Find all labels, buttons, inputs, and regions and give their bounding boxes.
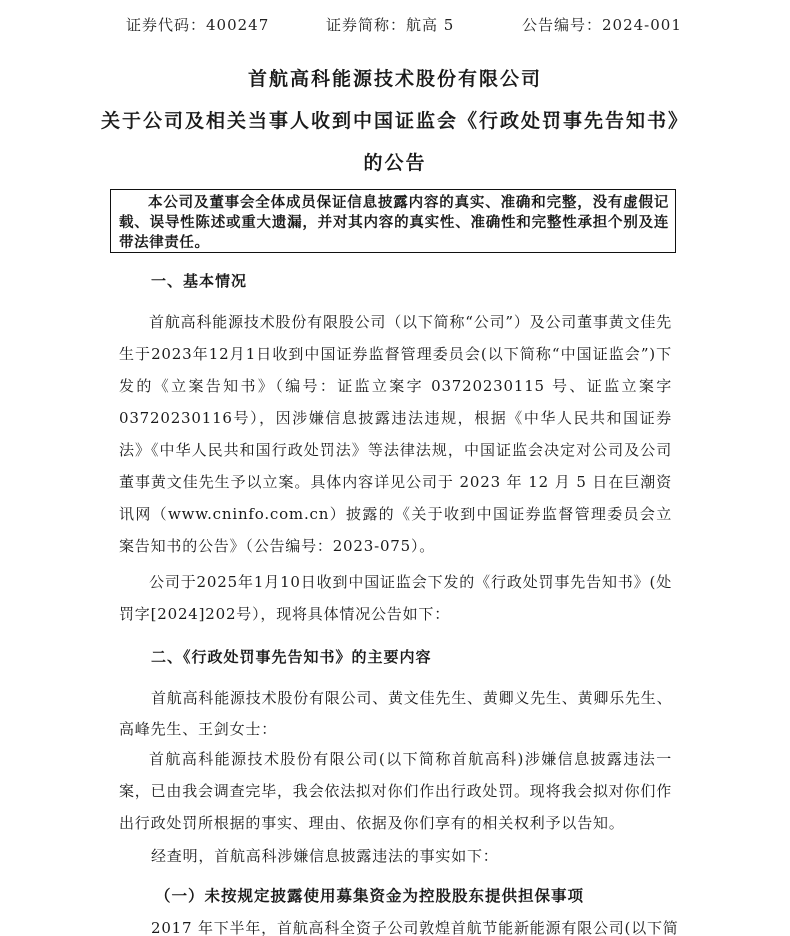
section-2-paragraph-1: 首航高科能源技术股份有限公司(以下简称首航高科)涉嫌信息披露违法一案，已由我会调…	[119, 743, 672, 839]
facts-intro-line: 经查明，首航高科涉嫌信息披露违法的事实如下：	[151, 845, 704, 866]
investigation-paragraph: 首航高科能源技术股份有限公司(以下简称首航高科)涉嫌信息披露违法一案，已由我会调…	[119, 743, 672, 839]
company-name-title: 首航高科能源技术股份有限公司	[0, 64, 790, 91]
addressees-line-1: 首航高科能源技术股份有限公司、黄文佳先生、黄卿义先生、黄卿乐先生、	[151, 687, 704, 708]
basic-info-paragraph: 首航高科能源技术股份有限股公司（以下简称“公司”）及公司董事黄文佳先生于2023…	[119, 306, 672, 562]
announcement-number: 公告编号：2024-001	[522, 14, 682, 35]
subsection-1-paragraph-start: 2017 年下半年，首航高科全资子公司敦煌首航节能新能源有限公司(以下简	[151, 917, 704, 936]
announcement-title-suffix: 的公告	[0, 148, 790, 175]
addressees-line-2: 高峰先生、王剑女士：	[119, 718, 672, 739]
section-1-paragraph-2: 公司于2025年1月10日收到中国证监会下发的《行政处罚事先告知书》(处罚字[2…	[119, 566, 672, 630]
section-2-heading: 二、《行政处罚事先告知书》的主要内容	[151, 646, 432, 667]
board-guarantee-notice: 本公司及董事会全体成员保证信息披露内容的真实、准确和完整，没有虚假记载、误导性陈…	[110, 189, 676, 253]
receipt-paragraph: 公司于2025年1月10日收到中国证监会下发的《行政处罚事先告知书》(处罚字[2…	[119, 566, 672, 630]
section-1-paragraph-1: 首航高科能源技术股份有限股公司（以下简称“公司”）及公司董事黄文佳先生于2023…	[119, 306, 672, 562]
security-abbreviation: 证券简称：航高 5	[326, 14, 454, 35]
subsection-1-heading: （一）未按规定披露使用募集资金为控股股东提供担保事项	[155, 884, 584, 906]
announcement-title: 关于公司及相关当事人收到中国证监会《行政处罚事先告知书》	[0, 106, 790, 133]
section-1-heading: 一、基本情况	[151, 270, 247, 291]
security-code: 证券代码：400247	[126, 14, 269, 35]
notice-text: 本公司及董事会全体成员保证信息披露内容的真实、准确和完整，没有虚假记载、误导性陈…	[119, 193, 669, 253]
document-header: 证券代码：400247 证券简称：航高 5 公告编号：2024-001	[0, 14, 790, 36]
